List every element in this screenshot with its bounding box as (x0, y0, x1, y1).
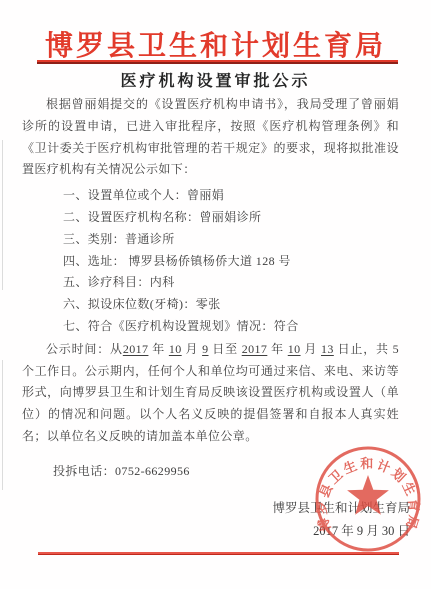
list-item-medical-subjects: 五、诊疗科目：内科 (63, 272, 399, 294)
org-title: 博罗县卫生和计划生育局 (0, 24, 431, 64)
document-page: 博罗县卫生和计划生育局 医疗机构设置审批公示 根据曾丽娟提交的《设置医疗机构申请… (0, 0, 431, 589)
list-item-institution-name: 二、设置医疗机构名称：曾丽娟诊所 (63, 207, 399, 229)
list-item-category: 三、类别：普通诊所 (63, 229, 399, 251)
notice-paragraph: 公示时间：从2017 年 10 月 9 日至 2017 年 10 月 13 日止… (22, 339, 399, 448)
phone-label: 投拆电话： (53, 464, 115, 478)
list-item-bed-count: 六、拟设床位数(牙椅)：零张 (63, 294, 399, 316)
document-title: 医疗机构设置审批公示 (0, 68, 431, 91)
seal-star-icon (347, 475, 389, 515)
scan-edge-artifact (2, 360, 3, 490)
phone-number: 0752-6629956 (115, 464, 190, 478)
footer-rule (38, 552, 399, 555)
intro-paragraph: 根据曾丽娟提交的《设置医疗机构申请书》，我局受理了曾丽娟诊所的设置申请，已进入审… (22, 94, 399, 181)
approval-item-list: 一、设置单位或个人：曾丽娟 二、设置医疗机构名称：曾丽娟诊所 三、类别：普通诊所… (22, 185, 399, 338)
document-body: 根据曾丽娟提交的《设置医疗机构申请书》，我局受理了曾丽娟诊所的设置申请，已进入审… (22, 94, 399, 483)
list-item-setup-applicant: 一、设置单位或个人：曾丽娟 (63, 185, 399, 207)
header-rule (37, 60, 398, 64)
scan-edge-artifact (2, 140, 3, 290)
list-item-plan-compliance: 七、符合《医疗机构设置规划》情况：符合 (63, 316, 399, 338)
list-item-address: 四、选址： 博罗县杨侨镇杨侨大道 128 号 (63, 251, 399, 273)
official-seal: 博罗县卫生和计划生育局 (311, 443, 425, 557)
